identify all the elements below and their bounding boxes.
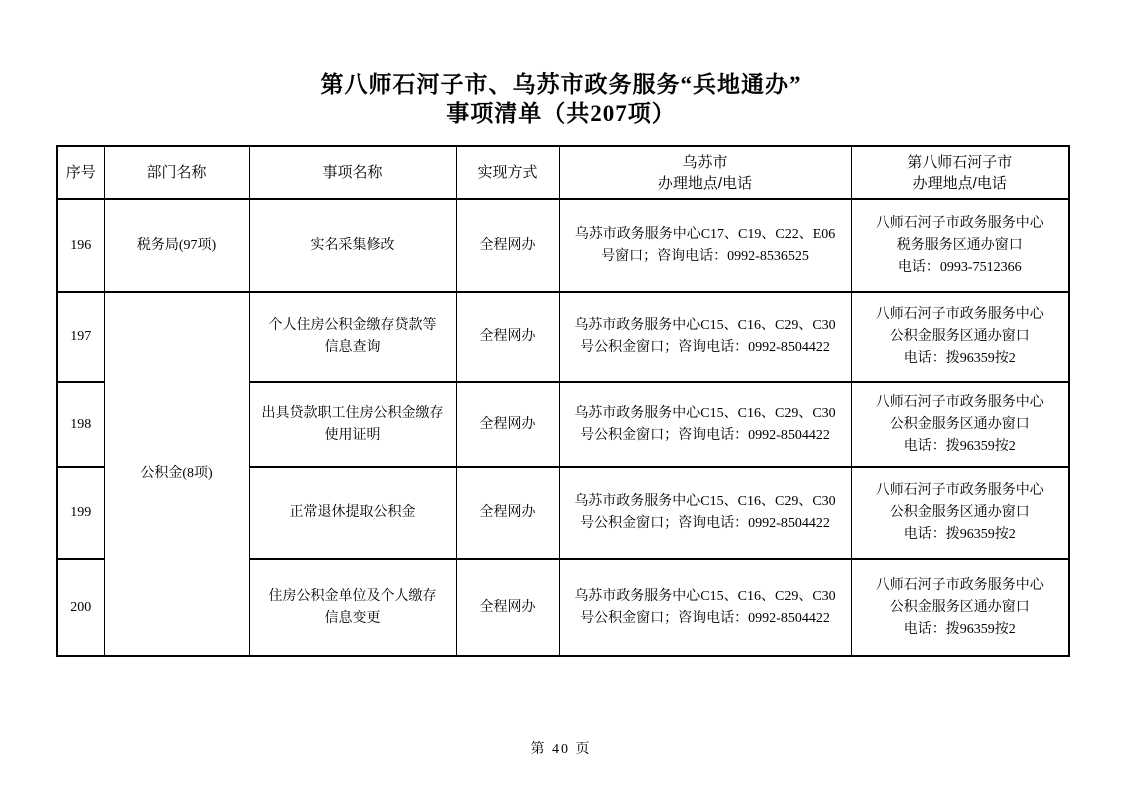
page-number: 第 40 页 — [0, 738, 1122, 758]
cell-method: 全程网办 — [456, 467, 559, 559]
cell-department: 公积金(8项) — [104, 292, 249, 656]
document-title: 第八师石河子市、乌苏市政务服务“兵地通办” 事项清单（共207项） — [0, 0, 1122, 128]
table-header-row: 序号 部门名称 事项名称 实现方式 乌苏市 办理地点/电话 第八师石河子市 办理… — [57, 146, 1069, 199]
cell-shihezi-location: 八师石河子市政务服务中心 公积金服务区通办窗口 电话：拨96359按2 — [851, 292, 1069, 382]
cell-item-name: 出具贷款职工住房公积金缴存 使用证明 — [249, 382, 456, 467]
document-page: 第八师石河子市、乌苏市政务服务“兵地通办” 事项清单（共207项） 序号 部门名… — [0, 0, 1122, 793]
cell-shihezi-location: 八师石河子市政务服务中心 公积金服务区通办窗口 电话：拨96359按2 — [851, 467, 1069, 559]
cell-item-name: 正常退休提取公积金 — [249, 467, 456, 559]
column-header-item: 事项名称 — [249, 146, 456, 199]
cell-item-name: 个人住房公积金缴存贷款等 信息查询 — [249, 292, 456, 382]
cell-wusu-location: 乌苏市政务服务中心C15、C16、C29、C30 号公积金窗口；咨询电话：099… — [559, 467, 851, 559]
document-title-line1: 第八师石河子市、乌苏市政务服务“兵地通办” — [0, 70, 1122, 99]
column-header-department: 部门名称 — [104, 146, 249, 199]
column-header-shihezi-location: 第八师石河子市 办理地点/电话 — [851, 146, 1069, 199]
cell-method: 全程网办 — [456, 199, 559, 292]
cell-item-name: 实名采集修改 — [249, 199, 456, 292]
cell-method: 全程网办 — [456, 292, 559, 382]
cell-wusu-location: 乌苏市政务服务中心C17、C19、C22、E06 号窗口；咨询电话：0992-8… — [559, 199, 851, 292]
cell-serial: 200 — [57, 559, 104, 656]
cell-method: 全程网办 — [456, 382, 559, 467]
cell-serial: 199 — [57, 467, 104, 559]
cell-serial: 197 — [57, 292, 104, 382]
cell-wusu-location: 乌苏市政务服务中心C15、C16、C29、C30 号公积金窗口；咨询电话：099… — [559, 559, 851, 656]
column-header-serial: 序号 — [57, 146, 104, 199]
cell-wusu-location: 乌苏市政务服务中心C15、C16、C29、C30 号公积金窗口；咨询电话：099… — [559, 292, 851, 382]
cell-serial: 198 — [57, 382, 104, 467]
cell-department: 税务局(97项) — [104, 199, 249, 292]
table-row: 197 公积金(8项) 个人住房公积金缴存贷款等 信息查询 全程网办 乌苏市政务… — [57, 292, 1069, 382]
cell-shihezi-location: 八师石河子市政务服务中心 税务服务区通办窗口 电话：0993-7512366 — [851, 199, 1069, 292]
cell-wusu-location: 乌苏市政务服务中心C15、C16、C29、C30 号公积金窗口；咨询电话：099… — [559, 382, 851, 467]
services-table: 序号 部门名称 事项名称 实现方式 乌苏市 办理地点/电话 第八师石河子市 办理… — [56, 145, 1070, 657]
cell-serial: 196 — [57, 199, 104, 292]
cell-method: 全程网办 — [456, 559, 559, 656]
cell-shihezi-location: 八师石河子市政务服务中心 公积金服务区通办窗口 电话：拨96359按2 — [851, 382, 1069, 467]
cell-shihezi-location: 八师石河子市政务服务中心 公积金服务区通办窗口 电话：拨96359按2 — [851, 559, 1069, 656]
cell-item-name: 住房公积金单位及个人缴存 信息变更 — [249, 559, 456, 656]
document-title-line2: 事项清单（共207项） — [0, 99, 1122, 128]
table-row: 196 税务局(97项) 实名采集修改 全程网办 乌苏市政务服务中心C17、C1… — [57, 199, 1069, 292]
column-header-method: 实现方式 — [456, 146, 559, 199]
column-header-wusu-location: 乌苏市 办理地点/电话 — [559, 146, 851, 199]
